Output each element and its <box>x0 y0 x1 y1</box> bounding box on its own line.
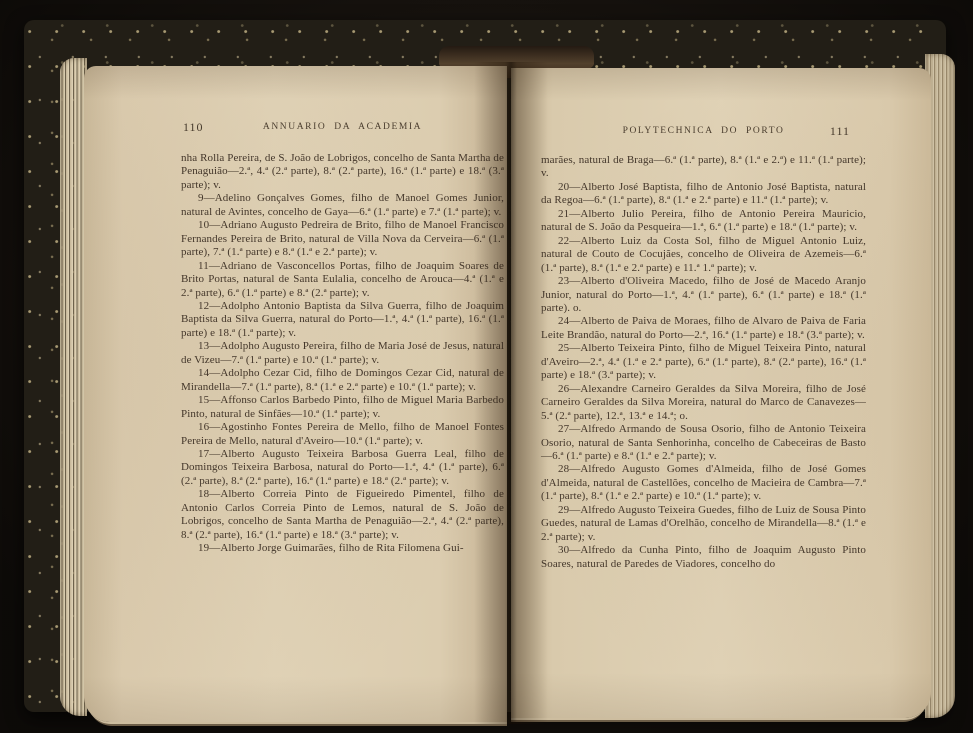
left-running-title: ANNUARIO DA ACADEMIA <box>181 120 504 132</box>
book-paragraph: 26—Alexandre Carneiro Geraldes da Silva … <box>541 383 866 423</box>
book-paragraph: 9—Adelino Gonçalves Gomes, filho de Mano… <box>181 192 504 219</box>
book-paragraph: 12—Adolpho Antonio Baptista da Silva Gue… <box>181 300 504 340</box>
book-paragraph: 28—Alfredo Augusto Gomes d'Almeida, filh… <box>541 463 866 503</box>
book-paragraph: marães, natural de Braga—6.ª (1.ª parte)… <box>541 154 866 181</box>
book-paragraph: 29—Alfredo Augusto Teixeira Guedes, filh… <box>541 504 866 544</box>
book-paragraph: 23—Alberto d'Oliveira Macedo, filho de J… <box>541 275 866 315</box>
book-paragraph: 11—Adriano de Vasconcellos Portas, filho… <box>181 260 504 300</box>
book-paragraph: 17—Alberto Augusto Teixeira Barbosa Guer… <box>181 448 504 488</box>
book-paragraph: 18—Alberto Correia Pinto de Figueiredo P… <box>181 488 504 542</box>
photo-background: 110 ANNUARIO DA ACADEMIA nha Rolla Perei… <box>0 0 973 733</box>
book-paragraph: 24—Alberto de Paiva de Moraes, filho de … <box>541 315 866 342</box>
left-page-text: nha Rolla Pereira, de S. João de Lobrigo… <box>181 152 504 556</box>
right-page-text: marães, natural de Braga—6.ª (1.ª parte)… <box>541 154 866 571</box>
book-paragraph: 16—Agostinho Fontes Pereira de Mello, fi… <box>181 421 504 448</box>
book-paragraph: 10—Adriano Augusto Pedreira de Brito, fi… <box>181 219 504 259</box>
book-cover: 110 ANNUARIO DA ACADEMIA nha Rolla Perei… <box>24 20 946 712</box>
book-paragraph: 20—Alberto José Baptista, filho de Anton… <box>541 181 866 208</box>
book-paragraph: 30—Alfredo da Cunha Pinto, filho de Joaq… <box>541 544 866 571</box>
book-paragraph: 27—Alfredo Armando de Sousa Osorio, filh… <box>541 423 866 463</box>
book-paragraph: 25—Alberto Teixeira Pinto, filho de Migu… <box>541 342 866 382</box>
book-paragraph: 22—Alberto Luiz da Costa Sol, filho de M… <box>541 235 866 275</box>
right-page-number: 111 <box>830 124 850 139</box>
book-paragraph: 15—Affonso Carlos Barbedo Pinto, filho d… <box>181 394 504 421</box>
right-running-title: POLYTECHNICA DO PORTO <box>541 124 866 136</box>
book-paragraph: 19—Alberto Jorge Guimarães, filho de Rit… <box>181 542 504 555</box>
left-page-header: 110 ANNUARIO DA ACADEMIA <box>181 120 504 136</box>
right-page: 111 POLYTECHNICA DO PORTO marães, natura… <box>511 68 931 718</box>
book-paragraph: 21—Alberto Julio Pereira, filho de Anton… <box>541 208 866 235</box>
right-page-header: 111 POLYTECHNICA DO PORTO <box>541 124 866 140</box>
book-paragraph: 14—Adolpho Cezar Cid, filho de Domingos … <box>181 367 504 394</box>
left-page: 110 ANNUARIO DA ACADEMIA nha Rolla Perei… <box>84 66 507 722</box>
book-paragraph: 13—Adolpho Augusto Pereira, filho de Mar… <box>181 340 504 367</box>
left-page-number: 110 <box>183 120 204 135</box>
page-edges-left <box>60 58 87 716</box>
book-paragraph: nha Rolla Pereira, de S. João de Lobrigo… <box>181 152 504 192</box>
